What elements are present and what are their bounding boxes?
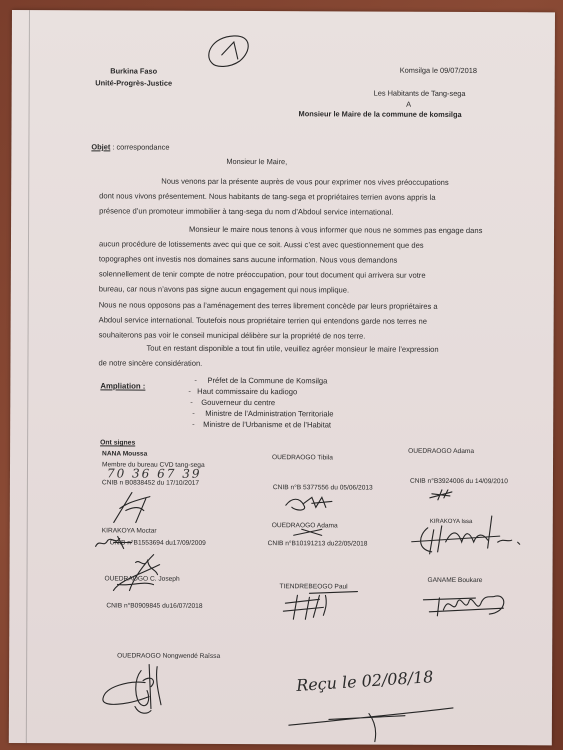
signatory-name: GANAME Boukare (427, 578, 482, 585)
signatory-name: OUEDRAOGO Tibila (272, 455, 333, 462)
signatory-name: OUEDRAOGO Nongwendé Raïssa (117, 653, 220, 660)
received-signature (285, 703, 455, 744)
signature (99, 660, 181, 718)
paragraph-closing: Tout en restant disponible a tout fin ut… (98, 340, 538, 372)
ampliation-item: - Ministre de l’Administration Territori… (192, 410, 333, 418)
sender: Les Habitants de Tang-sega (374, 90, 466, 98)
paragraph-line: Nous venons par la présente auprès de vo… (161, 177, 449, 187)
country-name: Burkina Faso (84, 67, 184, 75)
signatory-name: OUEDRAOGO C. Joseph (105, 576, 180, 583)
signatories-label: Ont signes (100, 440, 135, 447)
signatory-cnib: CNIB n°B0909845 du16/07/2018 (106, 603, 202, 610)
signatory-cnib: CNIB n B0838452 du 17/10/2017 (102, 480, 199, 487)
ampliation-item: - Haut commissaire du kadiogo (188, 388, 297, 396)
country-motto: Unité-Progrès-Justice (84, 79, 184, 87)
to-letter: A (374, 101, 444, 109)
place-date: Komsilga le 09/07/2018 (400, 67, 477, 75)
signature (279, 589, 359, 621)
signature (282, 493, 336, 513)
circled-page-number (204, 33, 254, 69)
recipient: Monsieur le Maire de la commune de komsi… (299, 110, 462, 118)
ampliation-item: - Préfet de la Commune de Komsilga (194, 377, 327, 385)
ampliation-item: - Ministre de l’Urbanisme et de l’Habita… (192, 421, 331, 429)
signature (419, 590, 511, 620)
signature (110, 488, 160, 524)
signature (109, 550, 171, 594)
signatory-cnib: CNIB n°B3924006 du 14/09/2010 (410, 479, 508, 486)
ampliation-item: - Gouverneur du centre (190, 399, 275, 407)
fold-line (26, 10, 30, 743)
paragraph-line: de notre sincère considération. (98, 355, 538, 372)
paragraph-line: présence d’un promoteur immobilier à tan… (99, 203, 539, 220)
object-line: Objet : correspondance (91, 143, 169, 151)
signature (292, 525, 326, 537)
paragraph-2: Monsieur le maire nous tenons à vous inf… (99, 221, 539, 298)
ampliation-label: Ampliation : (100, 382, 145, 390)
paragraph-1: Nous venons par la présente auprès de vo… (99, 173, 539, 220)
signatory-phone: 70 36 67 39 (107, 467, 202, 479)
signatory-cnib: CNIB n°B10191213 du22/05/2018 (268, 541, 368, 548)
paragraph-line: bureau, car nous n’avons pas signe aucun… (99, 281, 539, 298)
paragraph-line: Monsieur le maire nous tenons à vous inf… (189, 225, 482, 235)
paragraph-3: Nous ne nous opposons pas a l’aménagemen… (99, 297, 539, 344)
signatory-name: NANA Moussa (102, 451, 147, 458)
signatory-cnib: CNIB n°B1553694 du17/09/2009 (110, 540, 206, 547)
salutation: Monsieur le Maire, (226, 158, 287, 166)
received-note: Reçu le 02/08/18 (296, 667, 434, 695)
object-value: : correspondance (110, 142, 169, 151)
object-label: Objet (91, 142, 110, 151)
signature (408, 512, 526, 557)
letter-page: 1 Burkina Faso Unité-Progrès-Justice Kom… (9, 10, 555, 745)
paragraph-line: Tout en restant disponible a tout fin ut… (147, 344, 439, 354)
signature (428, 488, 456, 502)
signatory-name: OUEDRAOGO Adama (408, 449, 474, 456)
signatory-cnib: CNIB n°B 5377556 du 05/06/2013 (273, 485, 373, 492)
